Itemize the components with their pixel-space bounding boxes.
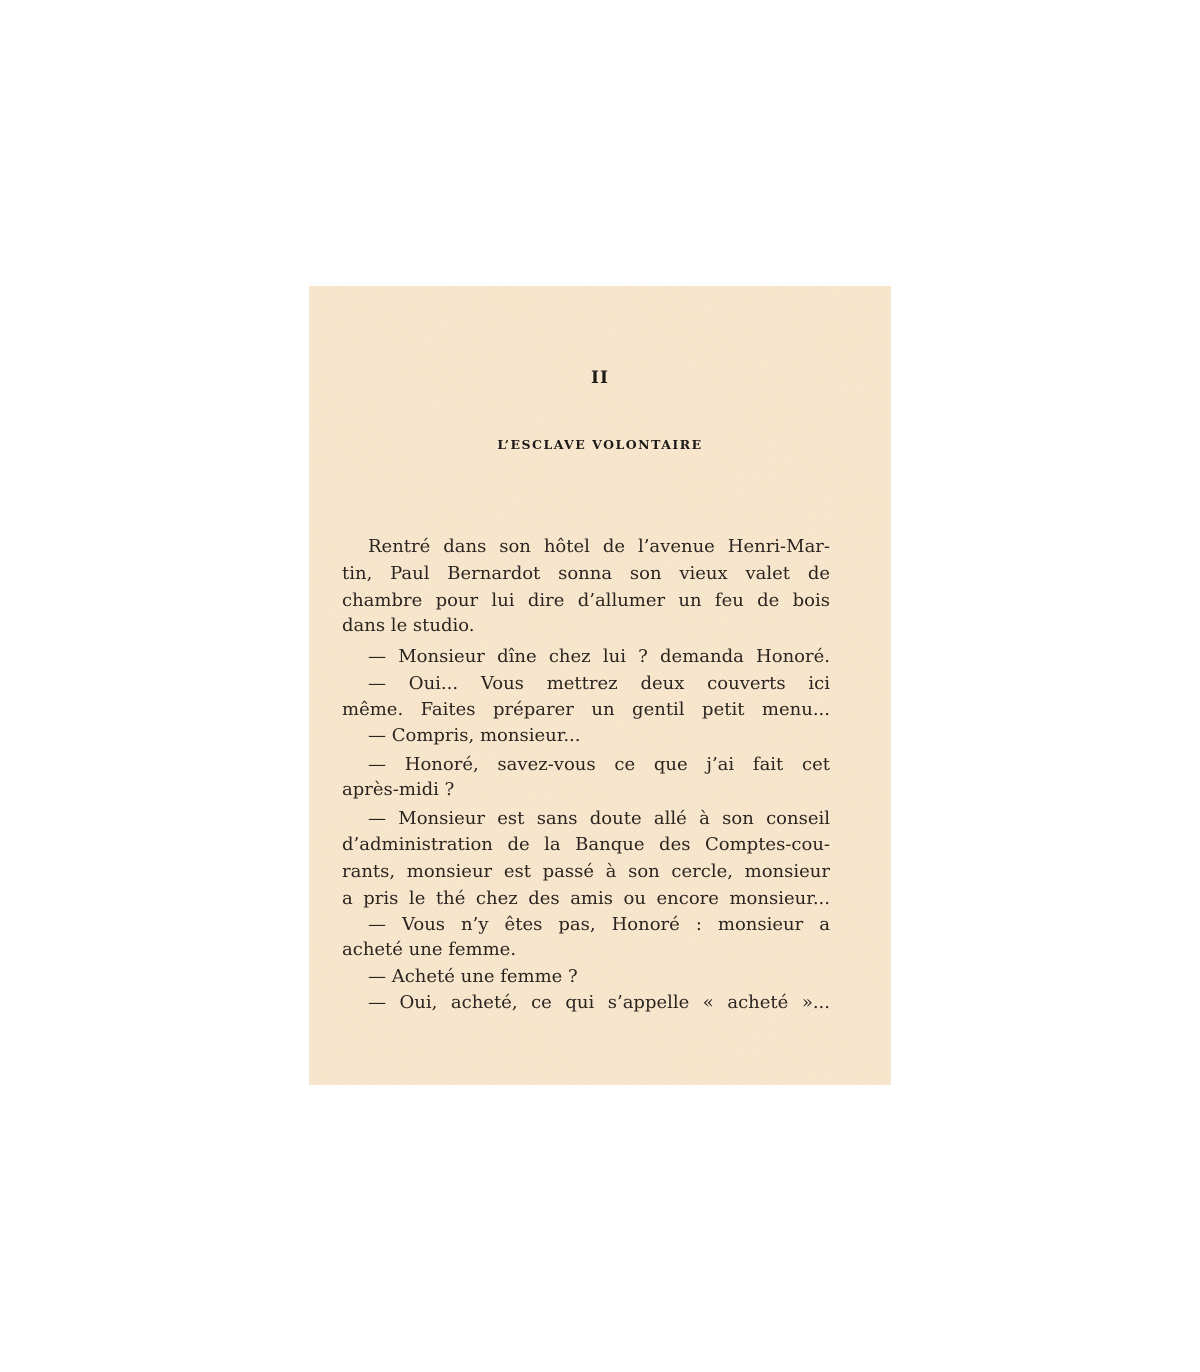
text-line: tin, Paul Bernardot sonna son vieux vale… (342, 561, 830, 587)
text-line: chambre pour lui dire d’allumer un feu d… (342, 588, 830, 614)
text-line: — Monsieur dîne chez lui ? demanda Honor… (342, 644, 830, 670)
book-page: II L’ESCLAVE VOLONTAIRE Rentré dans son … (309, 286, 891, 1085)
text-line: — Oui... Vous mettrez deux couverts ici (342, 671, 830, 697)
text-line: d’administration de la Banque des Compte… (342, 832, 830, 858)
text-line: après-midi ? (342, 777, 830, 803)
chapter-title: L’ESCLAVE VOLONTAIRE (309, 437, 891, 452)
text-line: — Honoré, savez-vous ce que j’ai fait ce… (342, 752, 830, 778)
text-line: — Compris, monsieur... (342, 723, 830, 749)
text-line: a pris le thé chez des amis ou encore mo… (342, 886, 830, 912)
text-line: — Vous n’y êtes pas, Honoré : monsieur a (342, 912, 830, 938)
text-line: dans le studio. (342, 613, 830, 639)
text-line: même. Faites préparer un gentil petit me… (342, 697, 830, 723)
text-line: acheté une femme. (342, 937, 830, 963)
text-line: — Acheté une femme ? (342, 964, 830, 990)
text-line: Rentré dans son hôtel de l’avenue Henri-… (342, 534, 830, 560)
text-line: — Monsieur est sans doute allé à son con… (342, 806, 830, 832)
text-line: rants, monsieur est passé à son cercle, … (342, 859, 830, 885)
text-line: — Oui, acheté, ce qui s’appelle « acheté… (342, 990, 830, 1016)
chapter-number: II (309, 368, 891, 388)
